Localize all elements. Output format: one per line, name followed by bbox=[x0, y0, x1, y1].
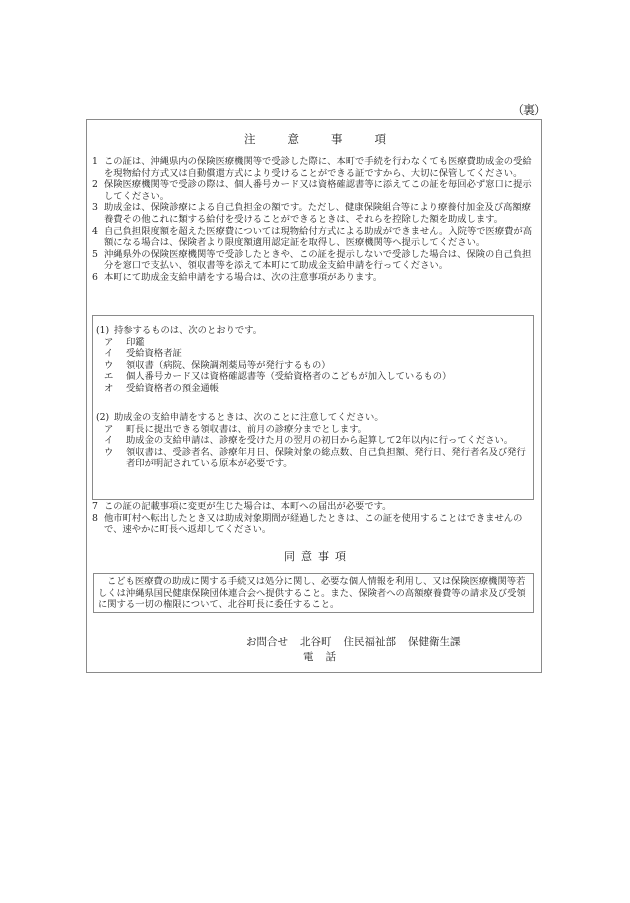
note-number: 8 bbox=[92, 513, 98, 525]
item-kana: ア bbox=[104, 424, 113, 436]
item-kana: エ bbox=[104, 371, 113, 383]
note-item: 8他市町村へ転出したとき又は助成対象期間が経過したときは、この証を使用することは… bbox=[92, 513, 538, 536]
item-kana: ウ bbox=[104, 360, 113, 372]
title-char: 同 bbox=[284, 548, 295, 564]
notes-list-after: 7この証の記載事項に変更が生じた場合は、本町への届出が必要です。 8他市町村へ転… bbox=[92, 501, 538, 536]
contact-section: 保健衛生課 bbox=[408, 636, 461, 648]
caution-item: イ助成金の支給申請は、診療を受けた月の翌月の初日から起算して2年以内に行ってくだ… bbox=[104, 435, 526, 447]
section-application-cautions: (2)助成金の支給申請をするときは、次のことに注意してください。 ア町長に提出で… bbox=[96, 412, 526, 470]
bring-item: イ受給資格者証 bbox=[104, 348, 526, 360]
note-number: 7 bbox=[92, 501, 98, 513]
note-text: 助成金は、保険診療による自己負担金の額です。ただし、健康保険組合等により療養付加… bbox=[104, 202, 531, 225]
item-kana: ウ bbox=[104, 447, 113, 459]
title-char: 意 bbox=[301, 548, 312, 564]
section-heading-text: 助成金の支給申請をするときは、次のことに注意してください。 bbox=[114, 412, 384, 423]
note-text: 本町にて助成金支給申請をする場合は、次の注意事項があります。 bbox=[104, 272, 382, 283]
item-text: 個人番号カード又は資格確認書等（受給資格者のこどもが加入しているもの） bbox=[126, 371, 451, 382]
item-kana: ア bbox=[104, 337, 113, 349]
note-text: 沖縄県外の保険医療機関等で受診したときや、この証を提示しないで受診した場合は、保… bbox=[104, 249, 531, 272]
bring-item: ア印鑑 bbox=[104, 337, 526, 349]
section-heading-text: 持参するものは、次のとおりです。 bbox=[114, 325, 262, 336]
notes-title: 注意事項 bbox=[0, 131, 630, 147]
bring-item: オ受給資格者の預金通帳 bbox=[104, 383, 526, 395]
caution-item: ウ領収書は、受診者名、診療年月日、保険対象の総点数、自己負担額、発行日、発行者名… bbox=[104, 447, 526, 470]
bring-item: ウ領収書（病院、保険調剤薬局等が発行するもの） bbox=[104, 360, 526, 372]
note-item: 1この証は、沖縄県内の保険医療機関等で受診した際に、本町で手続を行わなくても医療… bbox=[92, 156, 538, 179]
note-text: 他市町村へ転出したとき又は助成対象期間が経過したときは、この証を使用することはで… bbox=[104, 513, 522, 536]
title-char: 注 bbox=[244, 131, 256, 147]
section-heading: (2)助成金の支給申請をするときは、次のことに注意してください。 bbox=[96, 412, 526, 424]
contact-phone: 電話 bbox=[303, 649, 360, 664]
note-item: 6本町にて助成金支給申請をする場合は、次の注意事項があります。 bbox=[92, 272, 538, 284]
item-text: 町長に提出できる領収書は、前月の診療分までとします。 bbox=[126, 424, 367, 435]
note-number: 5 bbox=[92, 249, 98, 261]
note-number: 1 bbox=[92, 156, 98, 168]
caution-item: ア町長に提出できる領収書は、前月の診療分までとします。 bbox=[104, 424, 526, 436]
contact-department: 住民福祉部 bbox=[344, 636, 397, 648]
item-text: 印鑑 bbox=[126, 337, 145, 348]
title-char: 項 bbox=[375, 131, 387, 147]
contact-label: お問合せ bbox=[246, 636, 288, 648]
title-char: 事 bbox=[318, 548, 329, 564]
agreement-box: こども医療費の助成に関する手続又は処分に関し、必要な個人情報を利用し、又は保険医… bbox=[93, 573, 534, 613]
note-item: 2保険医療機関等で受診の際は、個人番号カード又は資格確認書等に添えてこの証を毎回… bbox=[92, 179, 538, 202]
title-char: 事 bbox=[331, 131, 343, 147]
section-heading: (1)持参するものは、次のとおりです。 bbox=[96, 325, 526, 337]
section-bring-items: (1)持参するものは、次のとおりです。 ア印鑑 イ受給資格者証 ウ領収書（病院、… bbox=[96, 325, 526, 395]
agreement-text: こども医療費の助成に関する手続又は処分に関し、必要な個人情報を利用し、又は保険医… bbox=[98, 576, 526, 610]
note-number: 2 bbox=[92, 179, 98, 191]
item-text: 受給資格者の預金通帳 bbox=[126, 383, 219, 394]
item-kana: オ bbox=[104, 383, 113, 395]
contact-info: お問合せ北谷町住民福祉部保健衛生課 bbox=[246, 636, 473, 648]
section-number: (1) bbox=[96, 325, 109, 337]
item-text: 受給資格者証 bbox=[126, 348, 182, 359]
note-text: この証は、沖縄県内の保険医療機関等で受診した際に、本町で手続を行わなくても医療費… bbox=[104, 156, 532, 179]
note-number: 6 bbox=[92, 272, 98, 284]
note-item: 5沖縄県外の保険医療機関等で受診したときや、この証を提示しないで受診した場合は、… bbox=[92, 249, 538, 272]
note-number: 4 bbox=[92, 226, 98, 238]
agreement-title: 同意事項 bbox=[0, 548, 630, 564]
phone-label-char: 電 bbox=[303, 651, 314, 663]
contact-town: 北谷町 bbox=[300, 636, 332, 648]
item-kana: イ bbox=[104, 348, 113, 360]
item-text: 領収書は、受診者名、診療年月日、保険対象の総点数、自己負担額、発行日、発行者名及… bbox=[126, 447, 526, 470]
item-text: 領収書（病院、保険調剤薬局等が発行するもの） bbox=[126, 360, 331, 371]
note-text: この証の記載事項に変更が生じた場合は、本町への届出が必要です。 bbox=[104, 501, 391, 512]
phone-label-char: 話 bbox=[326, 651, 337, 663]
item-text: 助成金の支給申請は、診療を受けた月の翌月の初日から起算して2年以内に行ってくださ… bbox=[126, 435, 513, 446]
note-item: 7この証の記載事項に変更が生じた場合は、本町への届出が必要です。 bbox=[92, 501, 538, 513]
title-char: 項 bbox=[335, 548, 346, 564]
note-item: 3助成金は、保険診療による自己負担金の額です。ただし、健康保険組合等により療養付… bbox=[92, 202, 538, 225]
note-text: 保険医療機関等で受診の際は、個人番号カード又は資格確認書等に添えてこの証を毎回必… bbox=[104, 179, 532, 202]
notes-list: 1この証は、沖縄県内の保険医療機関等で受診した際に、本町で手続を行わなくても医療… bbox=[92, 156, 538, 284]
section-number: (2) bbox=[96, 412, 109, 424]
note-item: 4自己負担限度額を超えた医療費については現物給付方式による助成ができません。入院… bbox=[92, 226, 538, 249]
note-number: 3 bbox=[92, 202, 98, 214]
title-char: 意 bbox=[288, 131, 300, 147]
bring-item: エ個人番号カード又は資格確認書等（受給資格者のこどもが加入しているもの） bbox=[104, 371, 526, 383]
note-text: 自己負担限度額を超えた医療費については現物給付方式による助成ができません。入院等… bbox=[104, 226, 532, 249]
item-kana: イ bbox=[104, 435, 113, 447]
page-side-label: （裏） bbox=[512, 101, 545, 118]
